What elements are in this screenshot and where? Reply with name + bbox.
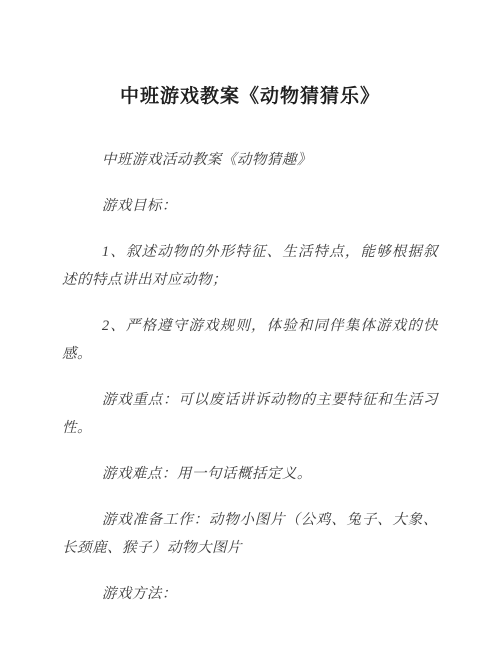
paragraph-game-difficulty: 游戏难点：用一句话概括定义。 (62, 460, 438, 488)
paragraph-goal-2: 2、严格遵守游戏规则，体验和同伴集体游戏的快感。 (62, 312, 438, 368)
paragraph-game-focus: 游戏重点：可以废话讲诉动物的主要特征和生活习性。 (62, 386, 438, 442)
paragraph-subtitle: 中班游戏活动教案《动物猜趣》 (62, 146, 438, 174)
paragraph-game-method-heading: 游戏方法： (62, 580, 438, 608)
document-title: 中班游戏教案《动物猜猜乐》 (62, 84, 438, 110)
document-page: 中班游戏教案《动物猜猜乐》 中班游戏活动教案《动物猜趣》 游戏目标： 1、叙述动… (0, 0, 500, 647)
paragraph-goals-heading: 游戏目标： (62, 192, 438, 220)
paragraph-goal-1: 1、叙述动物的外形特征、生活特点，能够根据叙述的特点讲出对应动物； (62, 238, 438, 294)
paragraph-game-preparation: 游戏准备工作：动物小图片（公鸡、兔子、大象、长颈鹿、猴子）动物大图片 (62, 506, 438, 562)
